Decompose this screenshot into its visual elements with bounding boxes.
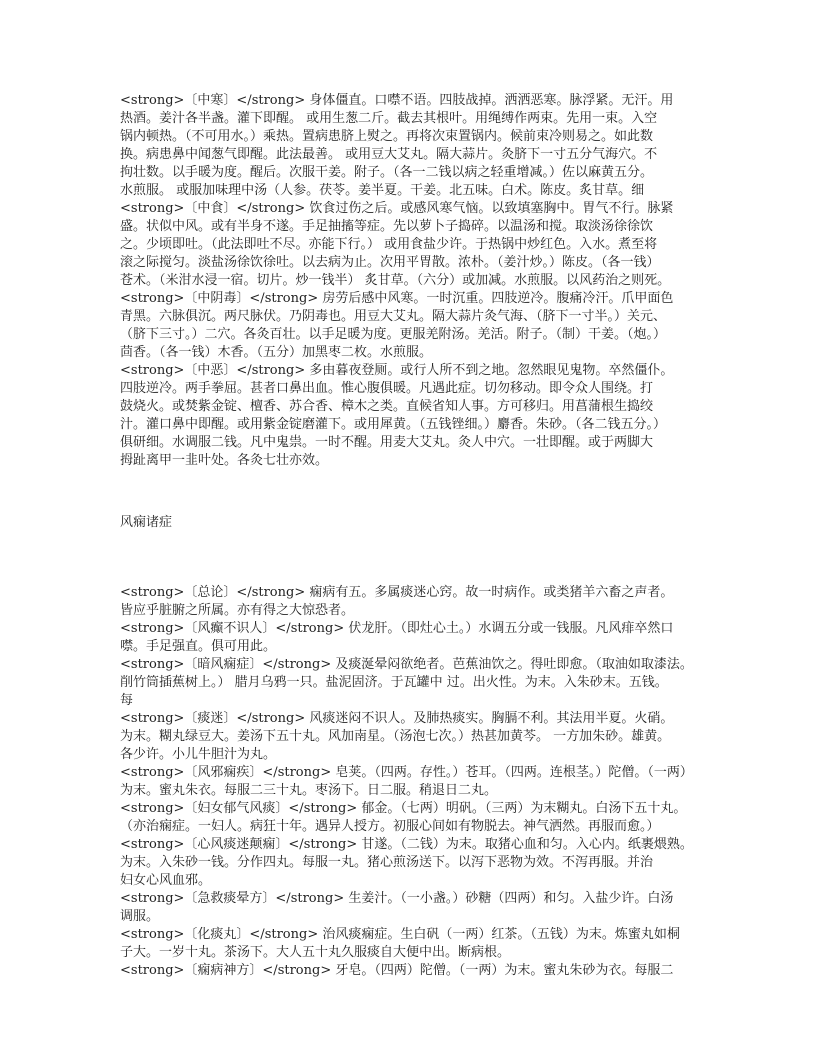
text-line: <strong>〔妇女郁气风痰〕</strong> 郁金。（七两）明矾。（三两）… xyxy=(120,800,700,818)
text-line: 为末。蜜丸朱衣。每服二三十丸。枣汤下。日二服。稍退日二丸。 xyxy=(120,782,700,800)
text-line: 拇趾离甲一韭叶处。各灸七壮亦效。 xyxy=(120,452,700,470)
text-line: <strong>〔风邪痫疾〕</strong> 皂荚。（四两。存性。）苍耳。（四… xyxy=(120,764,700,782)
section-heading: 风痫诸症 xyxy=(120,514,700,532)
text-line: 子大。一岁十丸。茶汤下。大人五十丸久服痰自大便中出。断病根。 xyxy=(120,944,700,962)
text-line: 鼓烧火。或焚紫金锭、檀香、苏合香、樟木之类。直候省知人事。方可移归。用菖蒲根生捣… xyxy=(120,398,700,416)
text-line: 锅内顿热。（不可用水。）乘热。置病患脐上熨之。再将次束置锅内。候前束冷则易之。如… xyxy=(120,128,700,146)
text-line: <strong>〔暗风痫症〕</strong> 及痰涎晕闷欲绝者。芭蕉油饮之。得… xyxy=(120,656,700,674)
text-line: 之。少顷即吐。（此法即吐不尽。亦能下行。） 或用食盐少许。于热锅中炒红色。入水。… xyxy=(120,236,700,254)
text-line: 为末。糊丸绿豆大。姜汤下五十丸。风加南星。（汤泡七次。）热甚加黄芩。 一方加朱砂… xyxy=(120,728,700,746)
text-line: <strong>〔风癫不识人〕</strong> 伏龙肝。（即灶心土。）水调五分… xyxy=(120,620,700,638)
text-line: （脐下三寸。）二穴。各灸百壮。以手足暖为度。更服羌附汤。羌活。附子。（制）干姜。… xyxy=(120,326,700,344)
text-line: <strong>〔总论〕</strong> 痫病有五。多属痰迷心窍。故一时病作。… xyxy=(120,584,700,602)
text-line: 汁。灌口鼻中即醒。或用紫金锭磨灌下。或用犀黄。（五钱锉细。）麝香。朱砂。（各二钱… xyxy=(120,416,700,434)
text-line: 滚之际搅匀。淡盐汤徐饮徐吐。以去病为止。次用平胃散。浓朴。（姜汁炒。）陈皮。（各… xyxy=(120,254,700,272)
text-line: <strong>〔化痰丸〕</strong> 治风痰痫症。生白矾（一两）红茶。（… xyxy=(120,926,700,944)
section-epilepsy-text: <strong>〔总论〕</strong> 痫病有五。多属痰迷心窍。故一时病作。… xyxy=(120,584,700,980)
text-line: 热酒。姜汁各半盏。灌下即醒。 或用生葱二斤。截去其根叶。用绳缚作两束。先用一束。… xyxy=(120,110,700,128)
spacer xyxy=(120,470,700,490)
text-line: 每 xyxy=(120,692,700,710)
text-line: 苍术。（米泔水浸一宿。切片。炒一钱半） 炙甘草。（六分）或加减。水煎服。以风药治… xyxy=(120,272,700,290)
text-line: （亦治痫症。一妇人。病狂十年。遇异人授方。初服心间如有物脱去。神气洒然。再服而愈… xyxy=(120,818,700,836)
text-line: <strong>〔中食〕</strong> 饮食过伤之后。或感风寒气恼。以致填塞… xyxy=(120,200,700,218)
text-line: 皆应乎脏腑之所属。亦有得之大惊恐者。 xyxy=(120,602,700,620)
text-line: 换。病患鼻中闻葱气即醒。此法最善。 或用豆大艾丸。隔大蒜片。灸脐下一寸五分气海穴… xyxy=(120,146,700,164)
text-line: <strong>〔痫病神方〕</strong> 牙皂。（四两）陀僧。（一两）为末… xyxy=(120,962,700,980)
text-line: 为末。入朱砂一钱。分作四丸。每服一丸。猪心煎汤送下。以泻下恶物为效。不泻再服。并… xyxy=(120,854,700,872)
text-line: 盛。状似中风。或有半身不遂。手足抽搐等症。先以萝卜子捣碎。以温汤和搅。取淡汤徐徐… xyxy=(120,218,700,236)
text-line: <strong>〔中阴毒〕</strong> 房劳后感中风寒。一时沉重。四肢逆冷… xyxy=(120,290,700,308)
text-line: 噤。手足强直。俱可用此。 xyxy=(120,638,700,656)
section-stroke-text: <strong>〔中寒〕</strong> 身体僵直。口噤不语。四肢战掉。洒洒恶… xyxy=(120,92,700,470)
text-line: <strong>〔急救痰晕方〕</strong> 生姜汁。（一小盏。）砂糖（四两… xyxy=(120,890,700,908)
text-line: <strong>〔中恶〕</strong> 多由暮夜登厕。或行人所不到之地。忽然… xyxy=(120,362,700,380)
text-line: 茴香。（各一钱）木香。（五分）加黑枣二枚。水煎服。 xyxy=(120,344,700,362)
text-line: 各少许。小儿牛胆汁为丸。 xyxy=(120,746,700,764)
text-line: 俱研细。水调服二钱。凡中鬼祟。一时不醒。用麦大艾丸。灸人中穴。一壮即醒。或于两脚… xyxy=(120,434,700,452)
text-line: <strong>〔心风痰迷颠痫〕</strong> 甘遂。（二钱）为末。取猪心血… xyxy=(120,836,700,854)
text-line: 青黑。六脉俱沉。两尺脉伏。乃阴毒也。用豆大艾丸。隔大蒜片灸气海、（脐下一寸半。）… xyxy=(120,308,700,326)
text-line: 水煎服。 或服加味理中汤（人参。茯苓。姜半夏。干姜。北五味。白术。陈皮。炙甘草。… xyxy=(120,182,700,200)
spacer xyxy=(120,532,700,584)
text-line: 调服。 xyxy=(120,908,700,926)
text-line: <strong>〔中寒〕</strong> 身体僵直。口噤不语。四肢战掉。洒洒恶… xyxy=(120,92,700,110)
text-line: 四肢逆冷。两手拳屈。甚者口鼻出血。惟心腹俱暖。凡遇此症。切勿移动。即令众人围绕。… xyxy=(120,380,700,398)
document-page: <strong>〔中寒〕</strong> 身体僵直。口噤不语。四肢战掉。洒洒恶… xyxy=(120,92,700,980)
text-line: 妇女心风血邪。 xyxy=(120,872,700,890)
text-line: 削竹筒插蕉树上。） 腊月乌鸦一只。盐泥固济。于瓦罐中 过。出火性。为末。入朱砂末… xyxy=(120,674,700,692)
text-line: <strong>〔痰迷〕</strong> 风痰迷闷不识人。及肺热痰实。胸膈不利… xyxy=(120,710,700,728)
text-line: 拘壮数。以手暖为度。醒后。次服干姜。附子。（各一二钱以病之轻重增减。）佐以麻黄五… xyxy=(120,164,700,182)
